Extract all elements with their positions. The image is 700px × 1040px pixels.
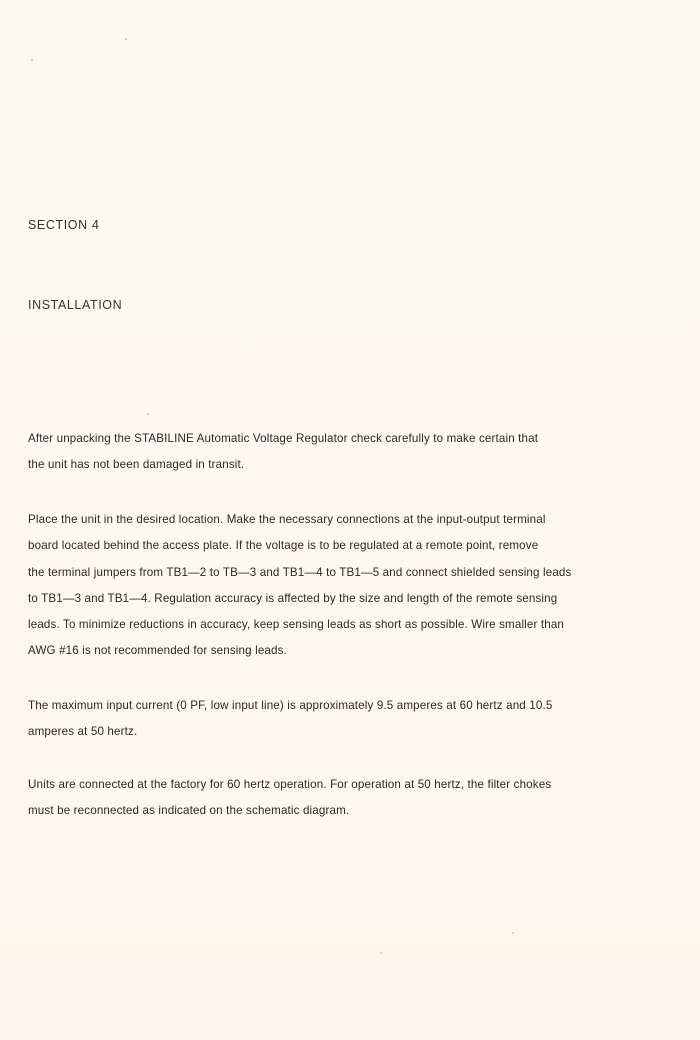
text-line: board located behind the access plate. I… xyxy=(28,533,628,559)
text-line: amperes at 50 hertz. xyxy=(28,719,628,745)
section-title: INSTALLATION xyxy=(28,298,122,312)
text-line: the terminal jumpers from TB1—2 to TB—3 … xyxy=(28,560,628,586)
text-line: leads. To minimize reductions in accurac… xyxy=(28,612,628,638)
text-line: AWG #16 is not recommended for sensing l… xyxy=(28,638,628,664)
text-line: the unit has not been damaged in transit… xyxy=(28,452,628,478)
text-line: After unpacking the STABILINE Automatic … xyxy=(28,426,628,452)
paragraph-unpacking: After unpacking the STABILINE Automatic … xyxy=(28,426,628,479)
paper-speck xyxy=(512,932,514,934)
paper-speck xyxy=(125,38,127,40)
text-line: to TB1—3 and TB1—4. Regulation accuracy … xyxy=(28,586,628,612)
text-line: Units are connected at the factory for 6… xyxy=(28,772,628,798)
text-line: The maximum input current (0 PF, low inp… xyxy=(28,693,628,719)
paper-speck xyxy=(31,59,33,61)
text-line: must be reconnected as indicated on the … xyxy=(28,798,628,824)
section-label: SECTION 4 xyxy=(28,218,99,232)
text-line: Place the unit in the desired location. … xyxy=(28,507,628,533)
paper-speck xyxy=(380,952,382,954)
paragraph-connections: Place the unit in the desired location. … xyxy=(28,507,628,665)
paper-speck xyxy=(147,413,149,415)
paragraph-input-current: The maximum input current (0 PF, low inp… xyxy=(28,693,628,746)
document-page: SECTION 4 INSTALLATION After unpacking t… xyxy=(0,0,700,1040)
paragraph-frequency-operation: Units are connected at the factory for 6… xyxy=(28,772,628,825)
